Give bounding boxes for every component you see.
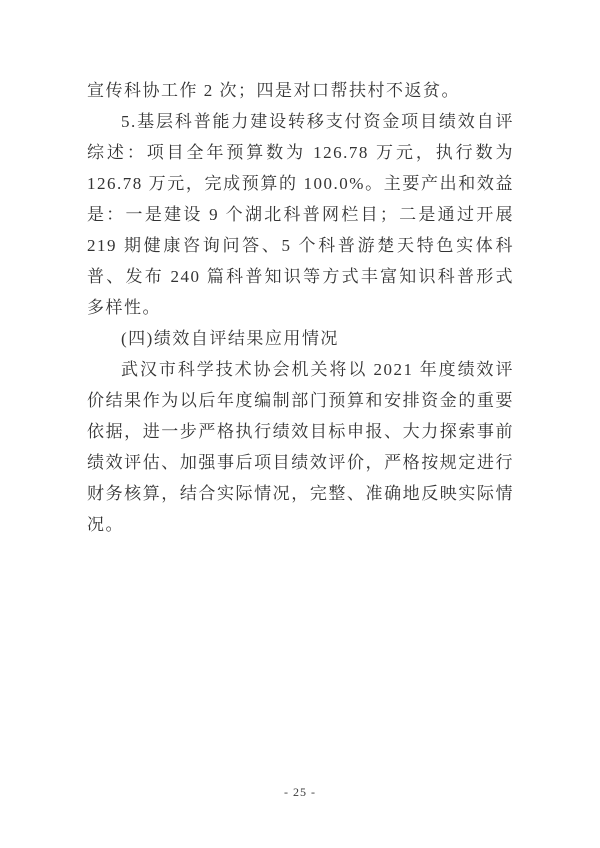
paragraph-project-self-evaluation: 5.基层科普能力建设转移支付资金项目绩效自评综述：项目全年预算数为 126.78… — [87, 106, 514, 323]
page-number: - 25 - — [0, 784, 600, 800]
paragraph-result-application: 武汉市科学技术协会机关将以 2021 年度绩效评价结果作为以后年度编制部门预算和… — [87, 354, 514, 540]
paragraph-continuation: 宣传科协工作 2 次；四是对口帮扶村不返贫。 — [87, 75, 514, 106]
document-body: 宣传科协工作 2 次；四是对口帮扶村不返贫。 5.基层科普能力建设转移支付资金项… — [87, 75, 514, 540]
document-page: 宣传科协工作 2 次；四是对口帮扶村不返贫。 5.基层科普能力建设转移支付资金项… — [0, 0, 600, 848]
section-heading: (四)绩效自评结果应用情况 — [87, 323, 514, 354]
